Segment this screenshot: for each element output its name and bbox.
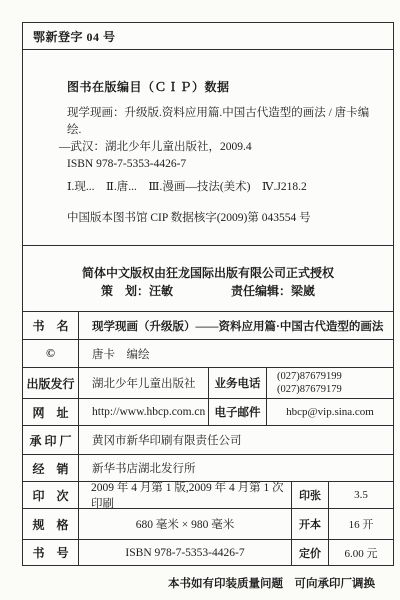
row-label2: 业务电话 [209, 368, 267, 398]
row-value: 黄冈市新华印刷有限责任公司 [79, 426, 393, 454]
planner-credit: 策 划：汪敏 [101, 282, 173, 301]
row-label: 网 址 [23, 399, 79, 425]
authorization-block: 简体中文版权由狂龙国际出版有限公司正式授权 策 划：汪敏 责任编辑：梁崴 [23, 245, 393, 311]
row-label2: 电子邮件 [209, 399, 267, 425]
table-row-book-title: 书 名 现学现画（升级版）——资料应用篇·中国古代造型的画法 [23, 311, 393, 339]
row-label: 印 次 [23, 482, 79, 508]
row-value: 湖北少年儿童出版社 [79, 368, 209, 398]
row-value: 现学现画（升级版）——资料应用篇·中国古代造型的画法 [79, 312, 393, 339]
cip-entry-line-2: —武汉：湖北少年儿童出版社，2009.4 [67, 139, 375, 156]
row-value: 唐卡 编绘 [79, 340, 393, 367]
website-url: http://www.hbcp.com.cn [79, 399, 209, 425]
row-label2: 开本 [292, 509, 329, 539]
phone-numbers: (027)87679199 (027)87679179 [267, 368, 342, 398]
price-value: 6.00 元 [329, 540, 393, 565]
registration-number: 鄂新登字 04 号 [23, 23, 393, 49]
table-row-copyright: © 唐卡 编绘 [23, 339, 393, 367]
cip-data-block: 图书在版编目（ＣＩＰ）数据 现学现画：升级版.资料应用篇.中国古代造型的画法 /… [23, 49, 393, 245]
phone-line-1: (027)87679199 [277, 370, 342, 383]
isbn-number: ISBN 978-7-5353-4426-7 [79, 540, 292, 565]
cip-record-number: 中国版本图书馆 CIP 数据核字(2009)第 043554 号 [67, 210, 375, 227]
row-value: 680 毫米 × 980 毫米 [79, 509, 292, 539]
row-value: 2009 年 4 月第 1 版,2009 年 4 月第 1 次印刷 [79, 482, 292, 508]
row-label: 规 格 [23, 509, 79, 539]
cip-isbn: ISBN 978-7-5353-4426-7 [67, 156, 375, 173]
phone-line-2: (027)87679179 [277, 383, 342, 396]
quality-notice: 本书如有印装质量问题 可向承印厂调换 [168, 575, 375, 591]
row-label: 承 印 厂 [23, 426, 79, 454]
table-row-format: 规 格 680 毫米 × 980 毫米 开本 16 开 [23, 508, 393, 539]
row-label: 书 名 [23, 312, 79, 339]
cip-heading: 图书在版编目（ＣＩＰ）数据 [67, 78, 375, 95]
row-label: 经 销 [23, 455, 79, 481]
row-value: 新华书店湖北发行所 [79, 455, 393, 481]
authorization-statement: 简体中文版权由狂龙国际出版有限公司正式授权 [23, 265, 393, 282]
row-label2: 定价 [292, 540, 329, 565]
row-label: 书 号 [23, 540, 79, 565]
table-row-print-run: 印 次 2009 年 4 月第 1 版,2009 年 4 月第 1 次印刷 印张… [23, 481, 393, 508]
editor-credit: 责任编辑：梁崴 [231, 282, 315, 301]
row-label2: 印张 [292, 482, 329, 508]
cip-classification: Ⅰ.现... Ⅱ.唐... Ⅲ.漫画—技法(美术) Ⅳ.J218.2 [67, 179, 375, 196]
table-row-website: 网 址 http://www.hbcp.com.cn 电子邮件 hbcp@vip… [23, 398, 393, 425]
table-row-printer: 承 印 厂 黄冈市新华印刷有限责任公司 [23, 425, 393, 454]
copyright-symbol: © [23, 340, 79, 367]
table-row-distributor: 经 销 新华书店湖北发行所 [23, 454, 393, 481]
table-row-isbn: 书 号 ISBN 978-7-5353-4426-7 定价 6.00 元 [23, 539, 393, 565]
cip-entry-line-1: 现学现画：升级版.资料应用篇.中国古代造型的画法 / 唐卡编绘. [67, 105, 375, 139]
email-address: hbcp@vip.sina.com [267, 399, 393, 425]
row-label: 出版发行 [23, 368, 79, 398]
table-row-publisher: 出版发行 湖北少年儿童出版社 业务电话 (027)87679199 (027)8… [23, 367, 393, 398]
copyright-page-frame: 鄂新登字 04 号 图书在版编目（ＣＩＰ）数据 现学现画：升级版.资料应用篇.中… [22, 22, 394, 566]
row-value2: 3.5 [329, 482, 393, 508]
row-value2: 16 开 [329, 509, 393, 539]
credits-line: 策 划：汪敏 责任编辑：梁崴 [23, 282, 393, 301]
